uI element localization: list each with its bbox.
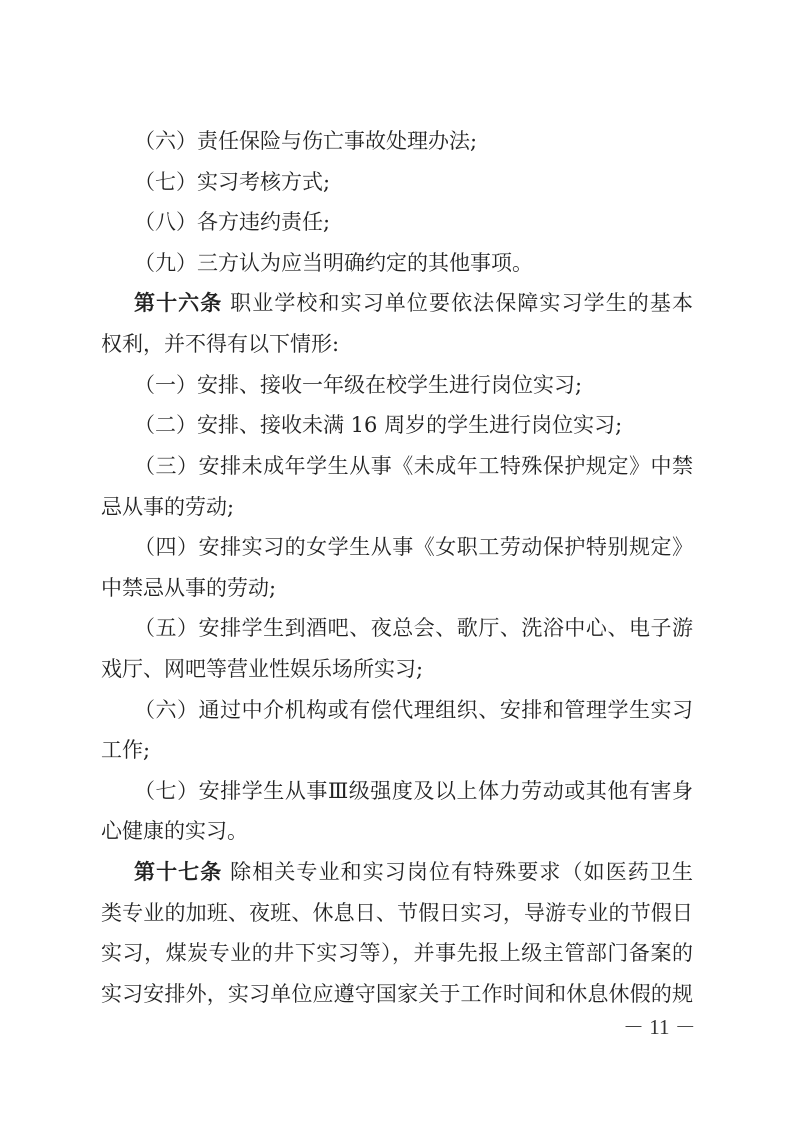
line-text: （六）责任保险与伤亡事故处理办法; bbox=[134, 129, 477, 153]
line-text: 除相关专业和实习岗位有特殊要求（如医药卫生 bbox=[222, 860, 693, 884]
clause-item-9: （九）三方认为应当明确约定的其他事项。 bbox=[134, 248, 693, 278]
article-16-heading-line: 第十六条 职业学校和实习单位要依法保障实习学生的基本 bbox=[134, 288, 693, 318]
prohibition-item-5-cont: 戏厅、网吧等营业性娱乐场所实习; bbox=[101, 654, 693, 684]
line-text: 权利，并不得有以下情形: bbox=[101, 332, 339, 356]
line-text: 戏厅、网吧等营业性娱乐场所实习; bbox=[101, 657, 423, 681]
line-text: 实习，煤炭专业的井下实习等），并事先报上级主管部门备案的 bbox=[101, 941, 693, 965]
line-text: （七）实习考核方式; bbox=[134, 170, 330, 194]
line-text: 中禁忌从事的劳动; bbox=[101, 576, 276, 600]
line-text: （四）安排实习的女学生从事《女职工劳动保护特别规定》 bbox=[134, 535, 693, 559]
line-text: （九）三方认为应当明确约定的其他事项。 bbox=[134, 251, 533, 275]
article-17-line-2: 类专业的加班、夜班、休息日、节假日实习，导游专业的节假日 bbox=[101, 898, 693, 928]
line-text: 心健康的实习。 bbox=[101, 819, 248, 843]
line-text: （一）安排、接收一年级在校学生进行岗位实习; bbox=[134, 373, 582, 397]
prohibition-item-3: （三）安排未成年学生从事《未成年工特殊保护规定》中禁 bbox=[134, 451, 693, 481]
line-text: （五）安排学生到酒吧、夜总会、歌厅、洗浴中心、电子游 bbox=[134, 616, 693, 640]
prohibition-item-6: （六）通过中介机构或有偿代理组织、安排和管理学生实习 bbox=[134, 695, 693, 725]
prohibition-item-4-cont: 中禁忌从事的劳动; bbox=[101, 573, 693, 603]
article-17-line-4: 实习安排外，实习单位应遵守国家关于工作时间和休息休假的规 bbox=[101, 979, 693, 1009]
article-number: 第十六条 bbox=[134, 291, 222, 315]
line-text: （二）安排、接收未满 16 周岁的学生进行岗位实习; bbox=[134, 413, 622, 437]
article-16-line-2: 权利，并不得有以下情形: bbox=[101, 329, 693, 359]
prohibition-item-6-cont: 工作; bbox=[101, 735, 693, 765]
line-text: 忌从事的劳动; bbox=[101, 495, 234, 519]
prohibition-item-3-cont: 忌从事的劳动; bbox=[101, 492, 693, 522]
line-text: 工作; bbox=[101, 738, 150, 762]
article-17-line-3: 实习，煤炭专业的井下实习等），并事先报上级主管部门备案的 bbox=[101, 938, 693, 968]
prohibition-item-7-cont: 心健康的实习。 bbox=[101, 816, 693, 846]
prohibition-item-2: （二）安排、接收未满 16 周岁的学生进行岗位实习; bbox=[134, 410, 693, 440]
prohibition-item-1: （一）安排、接收一年级在校学生进行岗位实习; bbox=[134, 370, 693, 400]
prohibition-item-7: （七）安排学生从事Ⅲ级强度及以上体力劳动或其他有害身 bbox=[134, 776, 693, 806]
clause-item-7: （七）实习考核方式; bbox=[134, 167, 693, 197]
prohibition-item-4: （四）安排实习的女学生从事《女职工劳动保护特别规定》 bbox=[134, 532, 693, 562]
line-text: 实习安排外，实习单位应遵守国家关于工作时间和休息休假的规 bbox=[101, 982, 693, 1006]
prohibition-item-5: （五）安排学生到酒吧、夜总会、歌厅、洗浴中心、电子游 bbox=[134, 613, 693, 643]
line-text: （七）安排学生从事Ⅲ级强度及以上体力劳动或其他有害身 bbox=[134, 779, 693, 803]
line-text: （三）安排未成年学生从事《未成年工特殊保护规定》中禁 bbox=[134, 454, 693, 478]
clause-item-6: （六）责任保险与伤亡事故处理办法; bbox=[134, 126, 693, 156]
line-text: （六）通过中介机构或有偿代理组织、安排和管理学生实习 bbox=[134, 698, 693, 722]
line-text: 职业学校和实习单位要依法保障实习学生的基本 bbox=[222, 291, 693, 315]
article-number: 第十七条 bbox=[134, 860, 222, 884]
clause-item-8: （八）各方违约责任; bbox=[134, 207, 693, 237]
line-text: 类专业的加班、夜班、休息日、节假日实习，导游专业的节假日 bbox=[101, 901, 693, 925]
page-number: － 11 － bbox=[623, 1013, 696, 1041]
document-page: （六）责任保险与伤亡事故处理办法; （七）实习考核方式; （八）各方违约责任; … bbox=[0, 0, 794, 1122]
line-text: （八）各方违约责任; bbox=[134, 210, 330, 234]
article-17-heading-line: 第十七条 除相关专业和实习岗位有特殊要求（如医药卫生 bbox=[134, 857, 693, 887]
